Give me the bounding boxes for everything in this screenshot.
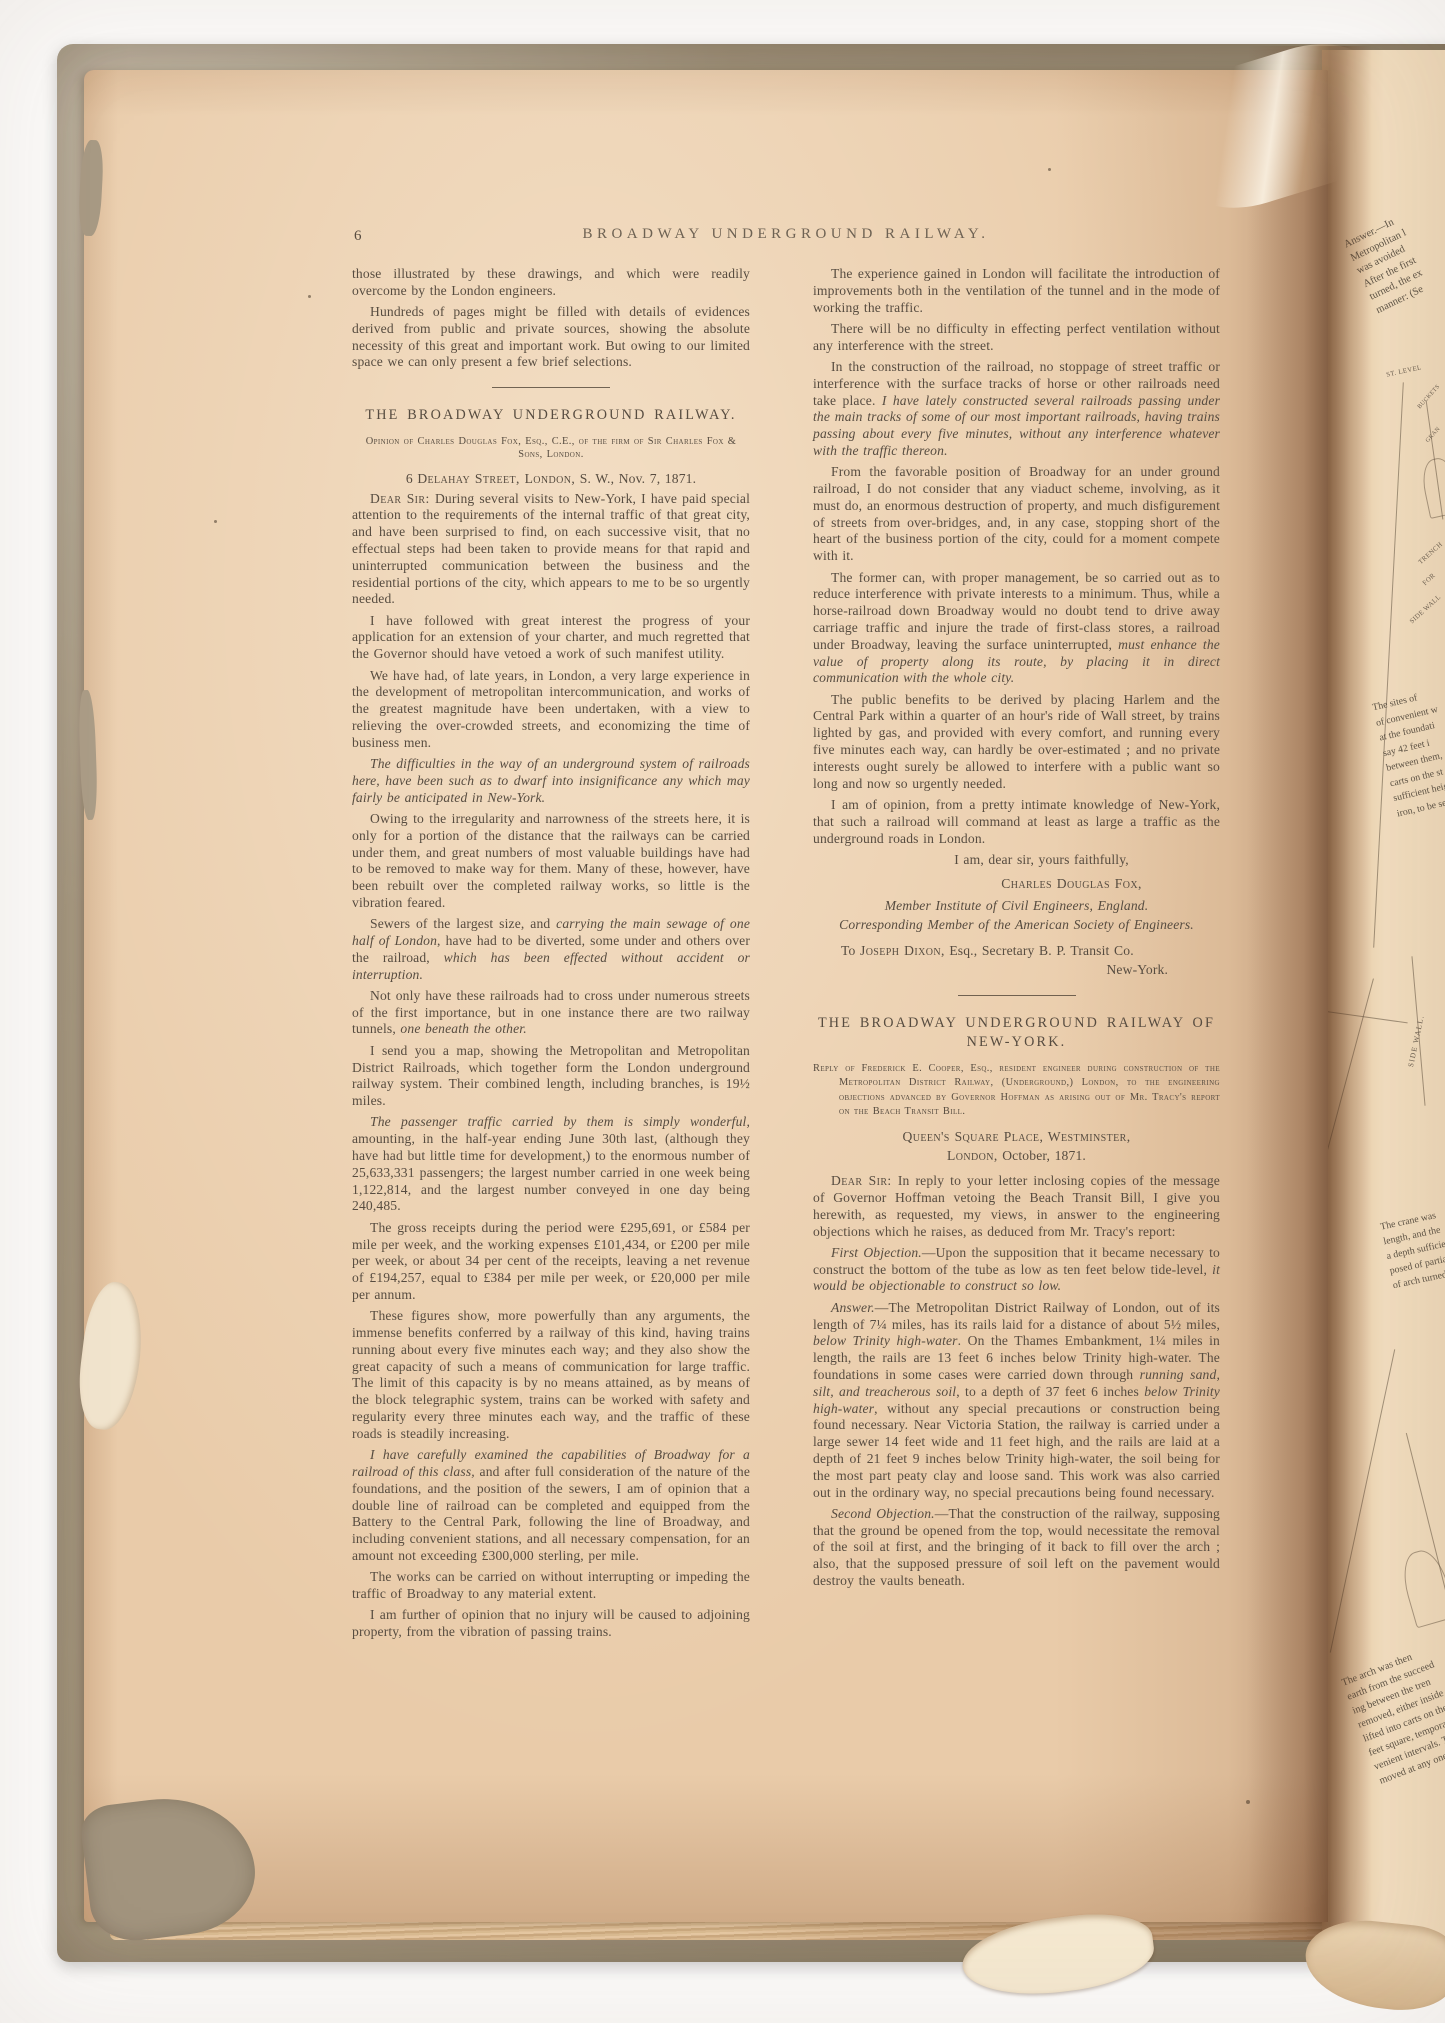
paragraph: Answer.—The Metropolitan District Railwa… (813, 1300, 1220, 1502)
paragraph: Dear Sir: During several visits to New-Y… (352, 491, 750, 609)
section-divider (492, 387, 610, 388)
right-page: Answer.—InMetropolitan lwas avoidedAfter… (1322, 50, 1445, 1940)
paragraph: I am further of opinion that no injury w… (352, 1607, 750, 1641)
book-photo: Answer.—InMetropolitan lwas avoidedAfter… (0, 0, 1445, 2023)
paragraph: New-York. (813, 962, 1220, 979)
paragraph: The experience gained in London will fac… (813, 266, 1220, 316)
paragraph: The works can be carried on without inte… (352, 1569, 750, 1603)
paragraph: From the favorable position of Broadway … (813, 464, 1220, 565)
paragraph: First Objection.—Upon the supposition th… (813, 1245, 1220, 1295)
right-page-text-fragment: Answer.—InMetropolitan lwas avoidedAfter… (1342, 213, 1434, 318)
paragraph: The difficulties in the way of an underg… (352, 756, 750, 806)
paragraph: Sewers of the largest size, and carrying… (352, 916, 750, 983)
signature: Charles Douglas Fox, (813, 876, 1220, 893)
paragraph: Not only have these railroads had to cro… (352, 988, 750, 1038)
section-subheading: Opinion of Charles Douglas Fox, Esq., C.… (352, 435, 750, 462)
paragraph: To Joseph Dixon, Esq., Secretary B. P. T… (813, 943, 1220, 960)
paper-tear (1301, 1914, 1445, 2015)
paragraph: London, October, 1871. (813, 1148, 1220, 1165)
diagram-label-trench: TRENCH (1417, 541, 1444, 566)
section-heading: THE BROADWAY UNDERGROUND RAILWAY OF NEW-… (813, 1014, 1220, 1053)
ink-speck (308, 295, 311, 298)
paragraph: I am, dear sir, yours faithfully, (813, 852, 1220, 869)
paragraph: Second Objection.—That the construction … (813, 1506, 1220, 1590)
paragraph: I am of opinion, from a pretty intimate … (813, 797, 1220, 847)
paragraph: 6 Delahay Street, London, S. W., Nov. 7,… (352, 471, 750, 488)
section-heading: THE BROADWAY UNDERGROUND RAILWAY. (352, 406, 750, 426)
paragraph: Hundreds of pages might be filled with d… (352, 304, 750, 371)
paragraph: The former can, with proper management, … (813, 570, 1220, 688)
diagram-label-street-level: ST. LEVEL (1386, 364, 1423, 378)
diagram-tunnel-arch (1418, 455, 1445, 519)
right-page-text-fragment: The arch was thenearth from the succeedi… (1340, 1643, 1445, 1788)
paragraph: In the construction of the railroad, no … (813, 359, 1220, 460)
running-title: BROADWAY UNDERGROUND RAILWAY. (352, 226, 1220, 243)
paragraph: Dear Sir: In reply to your letter inclos… (813, 1173, 1220, 1240)
left-page: 6 BROADWAY UNDERGROUND RAILWAY. those il… (84, 70, 1328, 1922)
diagram-label-buckets: BUCKETS (1417, 384, 1442, 410)
paragraph: I have carefully examined the capabiliti… (352, 1447, 750, 1565)
paragraph: The public benefits to be derived by pla… (813, 692, 1220, 793)
paragraph: Owing to the irregularity and narrowness… (352, 811, 750, 912)
paragraph: Queen's Square Place, Westminster, (813, 1129, 1220, 1146)
paragraph: those illustrated by these drawings, and… (352, 266, 750, 300)
right-text-column: The experience gained in London will fac… (813, 266, 1220, 1594)
paragraph: The gross receipts during the period wer… (352, 1220, 750, 1304)
paragraph: The passenger traffic carried by them is… (352, 1114, 750, 1215)
diagram-label-side-wall: SIDE WALL. (1406, 1014, 1426, 1068)
paragraph: Member Institute of Civil Engineers, Eng… (813, 898, 1220, 915)
left-text-column: those illustrated by these drawings, and… (352, 266, 750, 1645)
right-page-text-fragment: The crane waslength, and thea depth suff… (1379, 1206, 1445, 1294)
ink-speck (1246, 1800, 1250, 1804)
diagram-label-side-wall: SIDE WALL (1409, 594, 1443, 625)
paragraph: These figures show, more powerfully than… (352, 1308, 750, 1442)
diagram-section-line (1330, 1349, 1396, 1652)
section-divider (958, 995, 1076, 996)
paragraph: I send you a map, showing the Metropolit… (352, 1043, 750, 1110)
ink-speck (214, 520, 217, 523)
ink-speck (1048, 168, 1051, 171)
paragraph: We have had, of late years, in London, a… (352, 668, 750, 752)
paragraph: Corresponding Member of the American Soc… (813, 917, 1220, 934)
diagram-label-gran: GRAN (1425, 426, 1442, 444)
section-subheading: Reply of Frederick E. Cooper, Esq., resi… (813, 1062, 1220, 1120)
paragraph: There will be no difficulty in effecting… (813, 321, 1220, 355)
diagram-trench-line (1373, 382, 1404, 947)
diagram-label-for: FOR (1422, 572, 1437, 587)
paragraph: I have followed with great interest the … (352, 613, 750, 663)
